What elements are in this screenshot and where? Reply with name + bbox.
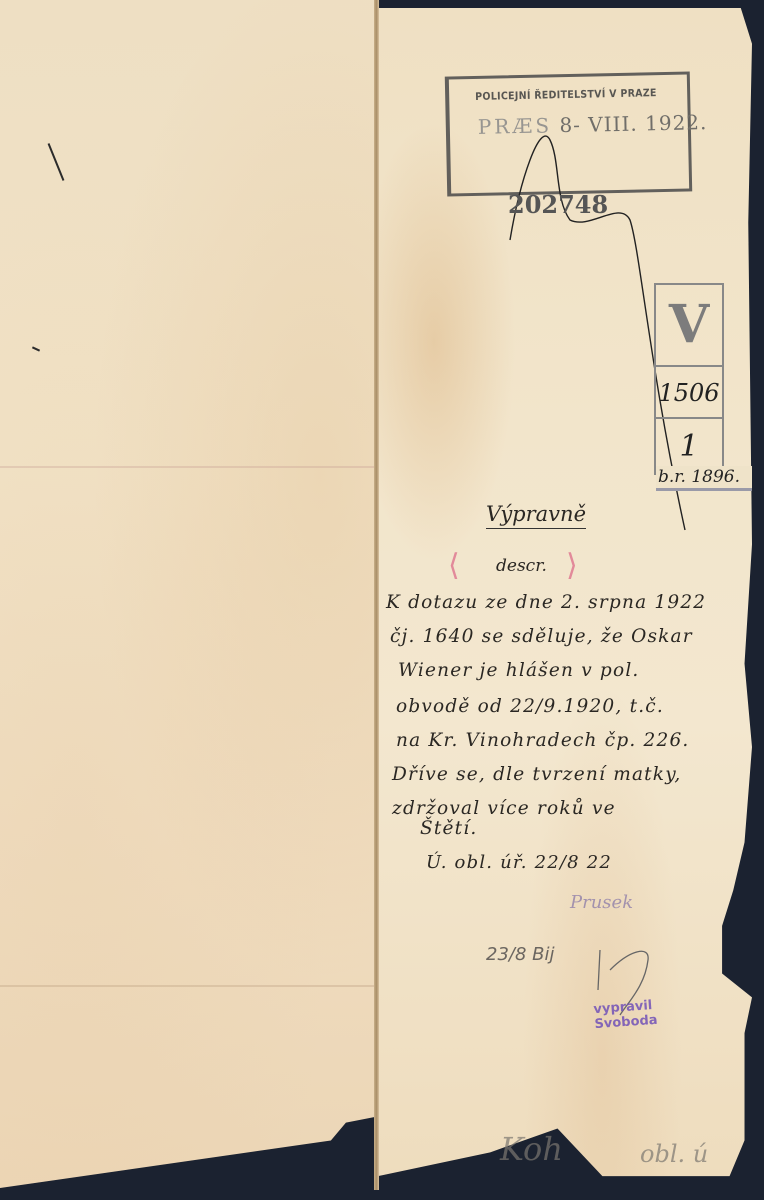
registration-number: 202748 — [508, 190, 608, 219]
signature: Prusek — [570, 892, 633, 913]
note-signoff: Ú. obl. úř. 22/8 22 — [426, 852, 612, 873]
document-scan: POLICEJNÍ ŘEDITELSTVÍ V PRAZE PRÆS 8- VI… — [0, 0, 764, 1200]
note-subheading: descr. — [496, 556, 547, 576]
left-page — [0, 0, 376, 1188]
index-letter: V — [654, 283, 724, 365]
note-line: Dříve se, dle tvrzení matky, — [392, 764, 682, 785]
bottom-pencil-left: Koh — [500, 1130, 563, 1168]
red-bracket-left: ⟨ — [448, 548, 460, 583]
fold-crease — [0, 985, 376, 987]
page-spine — [374, 0, 379, 1190]
birth-year: b.r. 1896. — [656, 466, 752, 491]
note-line: K dotazu ze dne 2. srpna 1922 — [386, 592, 706, 613]
note-line: Štětí. — [420, 818, 478, 839]
note-line: obvodě od 22/9.1920, t.č. — [396, 696, 664, 717]
note-line: čj. 1640 se sděluje, že Oskar — [390, 626, 693, 647]
note-line: na Kr. Vinohradech čp. 226. — [396, 730, 690, 751]
pencil-date-note: 23/8 Bij — [486, 944, 555, 965]
fold-crease — [0, 466, 376, 468]
stamp-office: POLICEJNÍ ŘEDITELSTVÍ V PRAZE — [475, 87, 657, 103]
bottom-pencil-right: obl. ú — [640, 1140, 708, 1168]
processed-stamp: vypravil Svoboda — [593, 998, 658, 1032]
note-heading: Výpravně — [486, 502, 586, 529]
index-box: V 1506 1 — [654, 283, 724, 483]
note-line: zdržoval více roků ve — [392, 798, 616, 819]
index-number: 1506 — [654, 365, 724, 419]
note-line: Wiener je hlášen v pol. — [398, 660, 640, 681]
red-bracket-right: ⟩ — [566, 548, 578, 583]
